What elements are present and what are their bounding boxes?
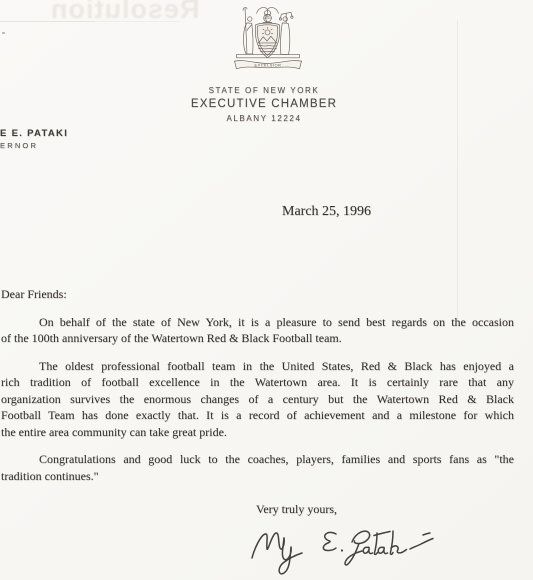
paper-speck xyxy=(2,32,5,34)
letter-closing: Very truly yours, xyxy=(256,501,337,518)
new-york-state-seal-icon: EXCELSIOR xyxy=(224,3,312,81)
letter-body: Dear Friends: On behalf of the state of … xyxy=(1,286,514,484)
letter-line: of the 100th anniversary of the Watertow… xyxy=(1,330,514,347)
letter-line: the entire area community can take great… xyxy=(1,424,514,441)
letter-line: The oldest professional football team in… xyxy=(1,358,514,375)
letter-line: On behalf of the state of New York, it i… xyxy=(1,314,514,331)
scan-crease-line-faint xyxy=(95,21,180,22)
letter-line: Congratulations and good luck to the coa… xyxy=(1,451,514,468)
letter-line: tradition continues." xyxy=(1,468,514,485)
letter-paragraph: On behalf of the state of New York, it i… xyxy=(1,314,514,347)
pataki-signature xyxy=(240,522,436,580)
letter-paragraph: The oldest professional football team in… xyxy=(1,358,514,441)
letter-paragraph: Congratulations and good luck to the coa… xyxy=(1,451,514,484)
scanned-letter-page: Resolution xyxy=(0,0,533,580)
liberty-figure-icon xyxy=(243,7,253,54)
justice-figure-icon xyxy=(279,12,293,54)
letterhead-state: STATE OF NEW YORK xyxy=(157,86,371,95)
letter-greeting: Dear Friends: xyxy=(1,286,514,303)
governor-title: ERNOR xyxy=(0,141,38,150)
motto-ribbon: EXCELSIOR xyxy=(235,61,302,69)
letterhead-office: EXECUTIVE CHAMBER xyxy=(157,98,371,110)
letter-date: March 25, 1996 xyxy=(282,204,371,220)
signature-ink xyxy=(252,531,433,574)
governor-name: E E. PATAKI xyxy=(0,128,68,139)
letter-line: rich tradition of football excellence in… xyxy=(1,374,514,391)
letterhead-address: ALBANY 12224 xyxy=(157,114,371,123)
seal-motto-text: EXCELSIOR xyxy=(255,63,282,67)
letter-line: organization survives the enormous chang… xyxy=(1,391,514,408)
eagle-icon xyxy=(257,7,279,16)
page-edge-shadow xyxy=(457,20,458,320)
letter-line: Football Team has done exactly that. It … xyxy=(1,407,514,424)
shield-icon xyxy=(255,23,280,58)
scan-crease-line xyxy=(0,21,95,22)
